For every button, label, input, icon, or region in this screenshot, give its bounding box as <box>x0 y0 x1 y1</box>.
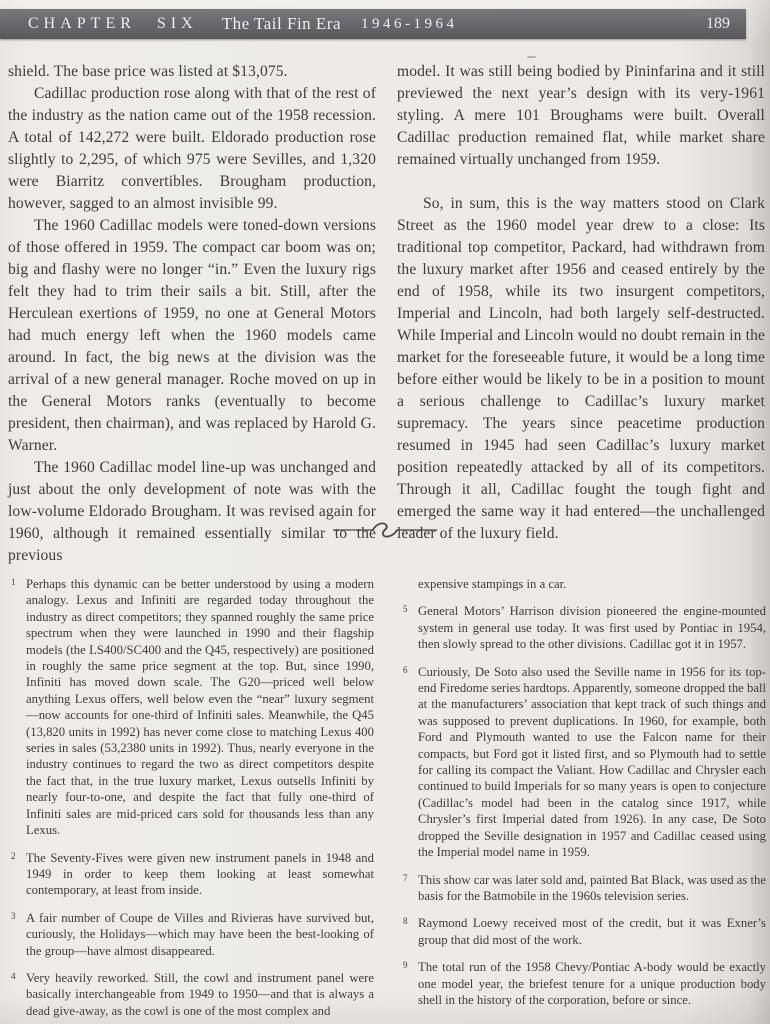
footnote-3: 3 A fair number of Coupe de Villes and R… <box>8 910 374 959</box>
footnote-marker: 7 <box>403 870 408 886</box>
paragraph: So, in sum, this is the way matters stoo… <box>397 193 765 545</box>
chapter-years: 1946-1964 <box>361 16 458 33</box>
footnote-2: 2 The Seventy-Fives were given new instr… <box>8 850 374 899</box>
footnote-4: 4 Very heavily reworked. Still, the cowl… <box>8 970 374 1019</box>
body-right-column: model. It was still being bodied by Pini… <box>397 61 765 567</box>
footnote-text: The total run of the 1958 Chevy/Pontiac … <box>418 960 766 1007</box>
paragraph: model. It was still being bodied by Pini… <box>397 61 765 171</box>
footnote-9: 9 The total run of the 1958 Chevy/Pontia… <box>400 959 766 1008</box>
footnotes-left-column: 1 Perhaps this dynamic can be better und… <box>8 576 374 1024</box>
footnote-text: General Motors’ Harrison division pionee… <box>418 604 766 651</box>
footnote-marker: 6 <box>403 662 408 678</box>
footnote-6: 6 Curiously, De Soto also used the Sevil… <box>400 664 766 861</box>
footnote-marker: 4 <box>11 968 16 984</box>
section-divider <box>0 519 770 541</box>
footnote-marker: 1 <box>11 574 16 590</box>
footnote-text: This show car was later sold and, painte… <box>418 873 766 903</box>
paragraph: The 1960 Cadillac model line-up was unch… <box>8 457 376 567</box>
footnote-text: Perhaps this dynamic can be better under… <box>26 577 374 837</box>
footnote-text: Very heavily reworked. Still, the cowl a… <box>26 971 374 1018</box>
chapter-label: CHAPTER SIX <box>28 15 198 33</box>
chapter-title: The Tail Fin Era <box>222 14 341 34</box>
main-text-area: shield. The base price was listed at $13… <box>8 61 765 567</box>
scan-artifact-dash <box>527 56 536 58</box>
footnote-marker: 9 <box>403 957 408 973</box>
book-page: CHAPTER SIX The Tail Fin Era 1946-1964 1… <box>0 0 770 1024</box>
footnote-8: 8 Raymond Loewy received most of the cre… <box>400 915 766 948</box>
s-curve-divider-icon <box>333 519 437 541</box>
footnote-4-continuation: expensive stampings in a car. <box>400 576 766 592</box>
footnote-text: A fair number of Coupe de Villes and Riv… <box>26 911 374 958</box>
paragraph: Cadillac production rose along with that… <box>8 83 376 215</box>
footnotes-right-column: expensive stampings in a car. 5 General … <box>400 576 766 1024</box>
footnote-7: 7 This show car was later sold and, pain… <box>400 872 766 905</box>
footnote-5: 5 General Motors’ Harrison division pion… <box>400 603 766 652</box>
body-left-column: shield. The base price was listed at $13… <box>8 61 376 567</box>
footnote-marker: 5 <box>403 601 408 617</box>
footnote-1: 1 Perhaps this dynamic can be better und… <box>8 576 374 839</box>
footnote-text: Curiously, De Soto also used the Seville… <box>418 665 766 859</box>
paragraph: The 1960 Cadillac models were toned-down… <box>8 215 376 457</box>
chapter-header-bar: CHAPTER SIX The Tail Fin Era 1946-1964 1… <box>0 9 746 39</box>
footnote-text: expensive stampings in a car. <box>418 577 566 591</box>
paragraph: shield. The base price was listed at $13… <box>8 61 376 83</box>
footnotes-area: 1 Perhaps this dynamic can be better und… <box>8 576 766 1024</box>
footnote-marker: 2 <box>11 848 16 864</box>
page-number: 189 <box>706 15 730 33</box>
footnote-marker: 8 <box>403 913 408 929</box>
footnote-text: Raymond Loewy received most of the credi… <box>418 916 766 946</box>
footnote-text: The Seventy-Fives were given new instrum… <box>26 851 374 898</box>
footnote-marker: 3 <box>11 908 16 924</box>
